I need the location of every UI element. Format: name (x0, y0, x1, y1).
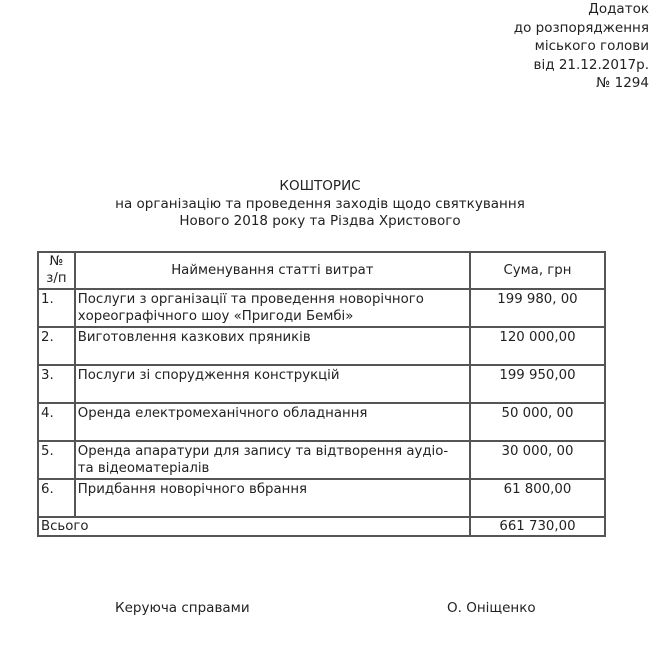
title-heading: КОШТОРИС (0, 178, 640, 196)
table-row: 1. Послуги з організації та проведення н… (38, 289, 605, 327)
row-name: Послуги зі спорудження конструкцій (75, 365, 470, 403)
row-sum: 120 000,00 (470, 327, 605, 365)
row-num: 3. (38, 365, 75, 403)
table-header-row: № з/п Найменування статті витрат Сума, г… (38, 252, 605, 289)
appendix-line: № 1294 (514, 74, 649, 93)
table-row: 5. Оренда апаратури для запису та відтво… (38, 441, 605, 479)
row-sum: 199 950,00 (470, 365, 605, 403)
row-num: 5. (38, 441, 75, 479)
row-name: Оренда електромеханічного обладнання (75, 403, 470, 441)
header-name: Найменування статті витрат (75, 252, 470, 289)
appendix-line: Додаток (514, 0, 649, 19)
title-subtitle-line1: на організацію та проведення заходів щод… (0, 196, 640, 214)
row-sum: 50 000, 00 (470, 403, 605, 441)
header-num-line2: з/п (41, 270, 72, 287)
row-num: 4. (38, 403, 75, 441)
signature-name: О. Оніщенко (447, 600, 536, 616)
table-row: 3. Послуги зі спорудження конструкцій 19… (38, 365, 605, 403)
title-subtitle-line2: Нового 2018 року та Різдва Христового (0, 213, 640, 231)
header-num: № з/п (38, 252, 75, 289)
total-sum: 661 730,00 (470, 517, 605, 536)
row-num: 6. (38, 479, 75, 517)
row-sum: 30 000, 00 (470, 441, 605, 479)
appendix-line: міського голови (514, 37, 649, 56)
estimate-table: № з/п Найменування статті витрат Сума, г… (37, 251, 606, 537)
table-row: 4. Оренда електромеханічного обладнання … (38, 403, 605, 441)
header-num-line1: № (41, 253, 72, 270)
appendix-line: від 21.12.2017р. (514, 56, 649, 75)
row-name: Послуги з організації та проведення ново… (75, 289, 470, 327)
row-sum: 61 800,00 (470, 479, 605, 517)
signature-role: Керуюча справами (115, 600, 250, 616)
row-name: Оренда апаратури для запису та відтворен… (75, 441, 470, 479)
header-sum: Сума, грн (470, 252, 605, 289)
row-name: Виготовлення казкових пряників (75, 327, 470, 365)
table-row: 6. Придбання новорічного вбрання 61 800,… (38, 479, 605, 517)
row-num: 2. (38, 327, 75, 365)
row-name: Придбання новорічного вбрання (75, 479, 470, 517)
row-sum: 199 980, 00 (470, 289, 605, 327)
table-row: 2. Виготовлення казкових пряників 120 00… (38, 327, 605, 365)
table-total-row: Всього 661 730,00 (38, 517, 605, 536)
appendix-block: Додаток до розпорядження міського голови… (514, 0, 649, 93)
total-label: Всього (38, 517, 470, 536)
appendix-line: до розпорядження (514, 19, 649, 38)
row-num: 1. (38, 289, 75, 327)
document-title: КОШТОРИС на організацію та проведення за… (0, 178, 640, 231)
